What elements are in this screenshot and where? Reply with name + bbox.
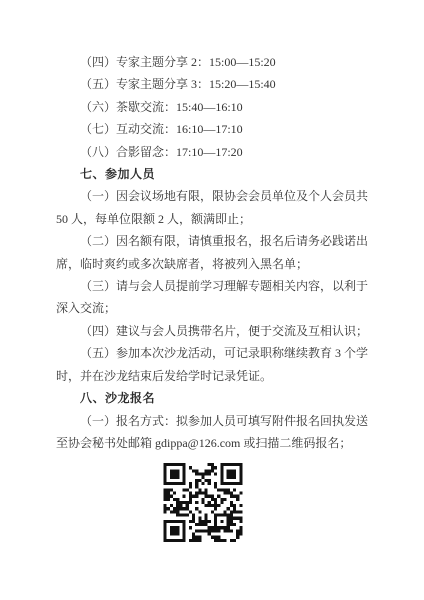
- section-heading-registration: 八、沙龙报名: [56, 387, 368, 409]
- agenda-item-5: （五）专家主题分享 3：15:20—15:40: [56, 73, 368, 95]
- registration-para-1: （一）报名方式：拟参加人员可填写附件报名回执发送至协会秘书处邮箱 gdippa@…: [56, 410, 368, 455]
- document-page: （四）专家主题分享 2：15:00—15:20 （五）专家主题分享 3：15:2…: [0, 0, 424, 600]
- participants-para-1: （一）因会议场地有限，限协会会员单位及个人会员共 50 人，每单位限额 2 人，…: [56, 185, 368, 230]
- participants-para-3: （三）请与会人员提前学习理解专题相关内容，以利于深入交流；: [56, 275, 368, 320]
- agenda-item-6: （六）茶歇交流：15:40—16:10: [56, 96, 368, 118]
- section-heading-participants: 七、参加人员: [56, 163, 368, 185]
- participants-para-4: （四）建议与会人员携带名片，便于交流及互相认识；: [56, 320, 368, 342]
- participants-para-2: （二）因名额有限，请慎重报名，报名后请务必践诺出席，临时爽约或多次缺席者，将被列…: [56, 230, 368, 275]
- registration-qr-code: [161, 463, 245, 542]
- document-body: （四）专家主题分享 2：15:00—15:20 （五）专家主题分享 3：15:2…: [56, 51, 368, 454]
- agenda-item-4: （四）专家主题分享 2：15:00—15:20: [56, 51, 368, 73]
- participants-para-5: （五）参加本次沙龙活动，可记录职称继续教育 3 个学时，并在沙龙结束后发给学时记…: [56, 342, 368, 387]
- agenda-item-7: （七）互动交流：16:10—17:10: [56, 118, 368, 140]
- agenda-item-8: （八）合影留念：17:10—17:20: [56, 141, 368, 163]
- qr-code-image: [161, 463, 245, 542]
